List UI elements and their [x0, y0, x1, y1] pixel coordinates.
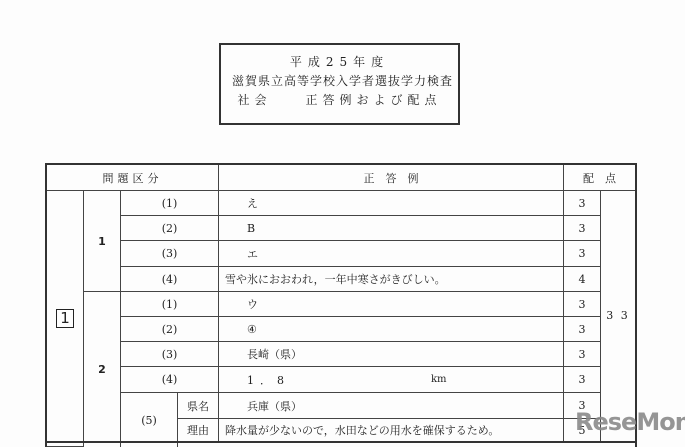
part-label: 県名 — [178, 393, 219, 419]
sub-label: (3) — [121, 342, 219, 367]
sub-label: (2) — [121, 317, 219, 342]
answer-cell: 兵庫（県） — [219, 393, 564, 419]
points-cell: 3 — [564, 241, 601, 267]
points-cell: 3 — [564, 342, 601, 367]
points-cell: 3 — [564, 367, 601, 393]
header-points: 配 点 — [564, 165, 635, 191]
title-exam: 滋賀県立高等学校入学者選抜学力検査 — [221, 72, 458, 91]
section-divider — [45, 441, 637, 443]
answer-cell: 長崎（県） — [219, 342, 564, 367]
sub-label: (1) — [121, 191, 219, 216]
section-cell: 1 — [47, 191, 84, 447]
section-number: 1 — [56, 309, 74, 328]
section-total: 3 3 — [601, 191, 635, 441]
answer-cell: え — [219, 191, 564, 216]
sub-label: (4) — [121, 267, 219, 292]
header-question: 問題区分 — [47, 165, 219, 191]
sub-label: (5) — [121, 393, 178, 447]
answer-cell: エ — [219, 241, 564, 267]
answer-value: 1．8 — [247, 372, 290, 388]
sub-label: (1) — [121, 292, 219, 317]
document-title-box: 平成25年度 滋賀県立高等学校入学者選抜学力検査 社会 正答例および配点 — [219, 43, 460, 125]
points-cell: 3 — [564, 216, 601, 241]
resemom-watermark: ReseMom リセマム — [575, 408, 685, 436]
points-cell: 4 — [564, 267, 601, 292]
group-2-label: 2 — [84, 292, 121, 447]
answer-cell: B — [219, 216, 564, 241]
sub-label: (2) — [121, 216, 219, 241]
answer-cell: ウ — [219, 292, 564, 317]
sub-label: (4) — [121, 367, 219, 393]
points-cell: 3 — [564, 191, 601, 216]
group-1-label: 1 — [84, 191, 121, 292]
title-year: 平成25年度 — [221, 53, 458, 72]
sub-label: (3) — [121, 241, 219, 267]
points-cell: 3 — [564, 292, 601, 317]
answer-cell: 雪や氷におおわれ，一年中寒さがきびしい。 — [219, 267, 564, 292]
answer-cell: 1．8 km — [219, 367, 564, 393]
answer-cell: 降水量が少ないので，水田などの用水を確保するため。 — [219, 419, 564, 443]
answer-unit: km — [431, 374, 447, 385]
part-label: 理由 — [178, 419, 219, 443]
title-subject: 社会 正答例および配点 — [221, 91, 458, 110]
header-answer: 正 答 例 — [219, 165, 564, 191]
answer-cell: ④ — [219, 317, 564, 342]
points-cell: 3 — [564, 317, 601, 342]
